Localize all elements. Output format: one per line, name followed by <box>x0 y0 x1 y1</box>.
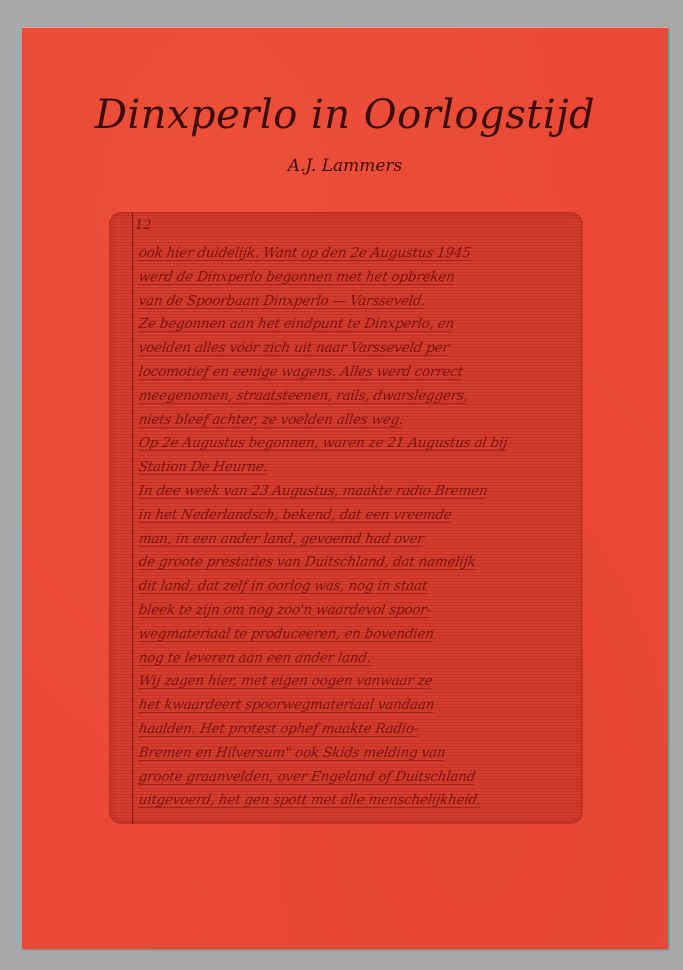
handwritten-line: ook hier duidelijk. Want op den 2e Augus… <box>137 242 580 266</box>
handwritten-line: van de Spoorbaan Dinxperlo — Varsseveld. <box>137 290 580 314</box>
handwritten-line: man, in een ander land, gevoemd had over <box>137 528 580 552</box>
manuscript-page-number: 12 <box>135 218 152 233</box>
handwritten-line: Op 2e Augustus begonnen, waren ze 21 Aug… <box>137 432 580 456</box>
book-cover: Dinxperlo in Oorlogstijd A.J. Lammers 12… <box>22 27 668 949</box>
handwritten-line: wegmateriaal te produceeren, en bovendie… <box>137 623 580 647</box>
handwritten-line: Bremen en Hilversum" ook Skids melding v… <box>137 742 580 766</box>
handwritten-line: Station De Heurne. <box>137 456 580 480</box>
handwritten-line: niets bleef achter, ze voelden alles weg… <box>137 409 580 433</box>
handwritten-text-block: ook hier duidelijk. Want op den 2e Augus… <box>137 242 577 813</box>
handwritten-line: In dee week van 23 Augustus, maakte radi… <box>137 480 580 504</box>
handwritten-line: Ze begonnen aan het eindpunt te Dinxperl… <box>137 313 580 337</box>
handwritten-line: het kwaardeert spoorwegmateriaal vandaan <box>137 694 580 718</box>
book-author: A.J. Lammers <box>22 156 668 176</box>
handwritten-line: meegenomen, straatsteenen, rails, dwarsl… <box>137 385 580 409</box>
handwritten-line: in het Nederlandsch, bekend, dat een vre… <box>137 504 580 528</box>
margin-line <box>132 212 133 824</box>
handwritten-line: Wij zagen hier, met eigen oogen vanwaar … <box>137 670 580 694</box>
handwritten-line: haalden. Het protest ophef maakte Radio- <box>137 718 580 742</box>
handwritten-line: dit land, dat zelf in oorlog was, nog in… <box>137 575 580 599</box>
handwritten-line: voelden alles vóór zich uit naar Varssev… <box>137 337 580 361</box>
handwritten-line: locomotief en eenige wagens. Alles werd … <box>137 361 580 385</box>
handwritten-line: werd de Dinxperlo begonnen met het opbre… <box>137 266 580 290</box>
handwritten-line: nog te leveren aan een ander land. <box>137 647 580 671</box>
handwritten-line: de groote prestaties van Duitschland, da… <box>137 551 580 575</box>
handwritten-manuscript-image: 12 ook hier duidelijk. Want op den 2e Au… <box>109 212 583 824</box>
handwritten-line: groote graanvelden, over Engeland of Dui… <box>137 766 580 790</box>
handwritten-line: uitgevoerd, het gen spott met alle mensc… <box>137 789 580 813</box>
handwritten-line: bleek te zijn om nog zoo'n waardevol spo… <box>137 599 580 623</box>
book-title: Dinxperlo in Oorlogstijd <box>22 92 668 138</box>
